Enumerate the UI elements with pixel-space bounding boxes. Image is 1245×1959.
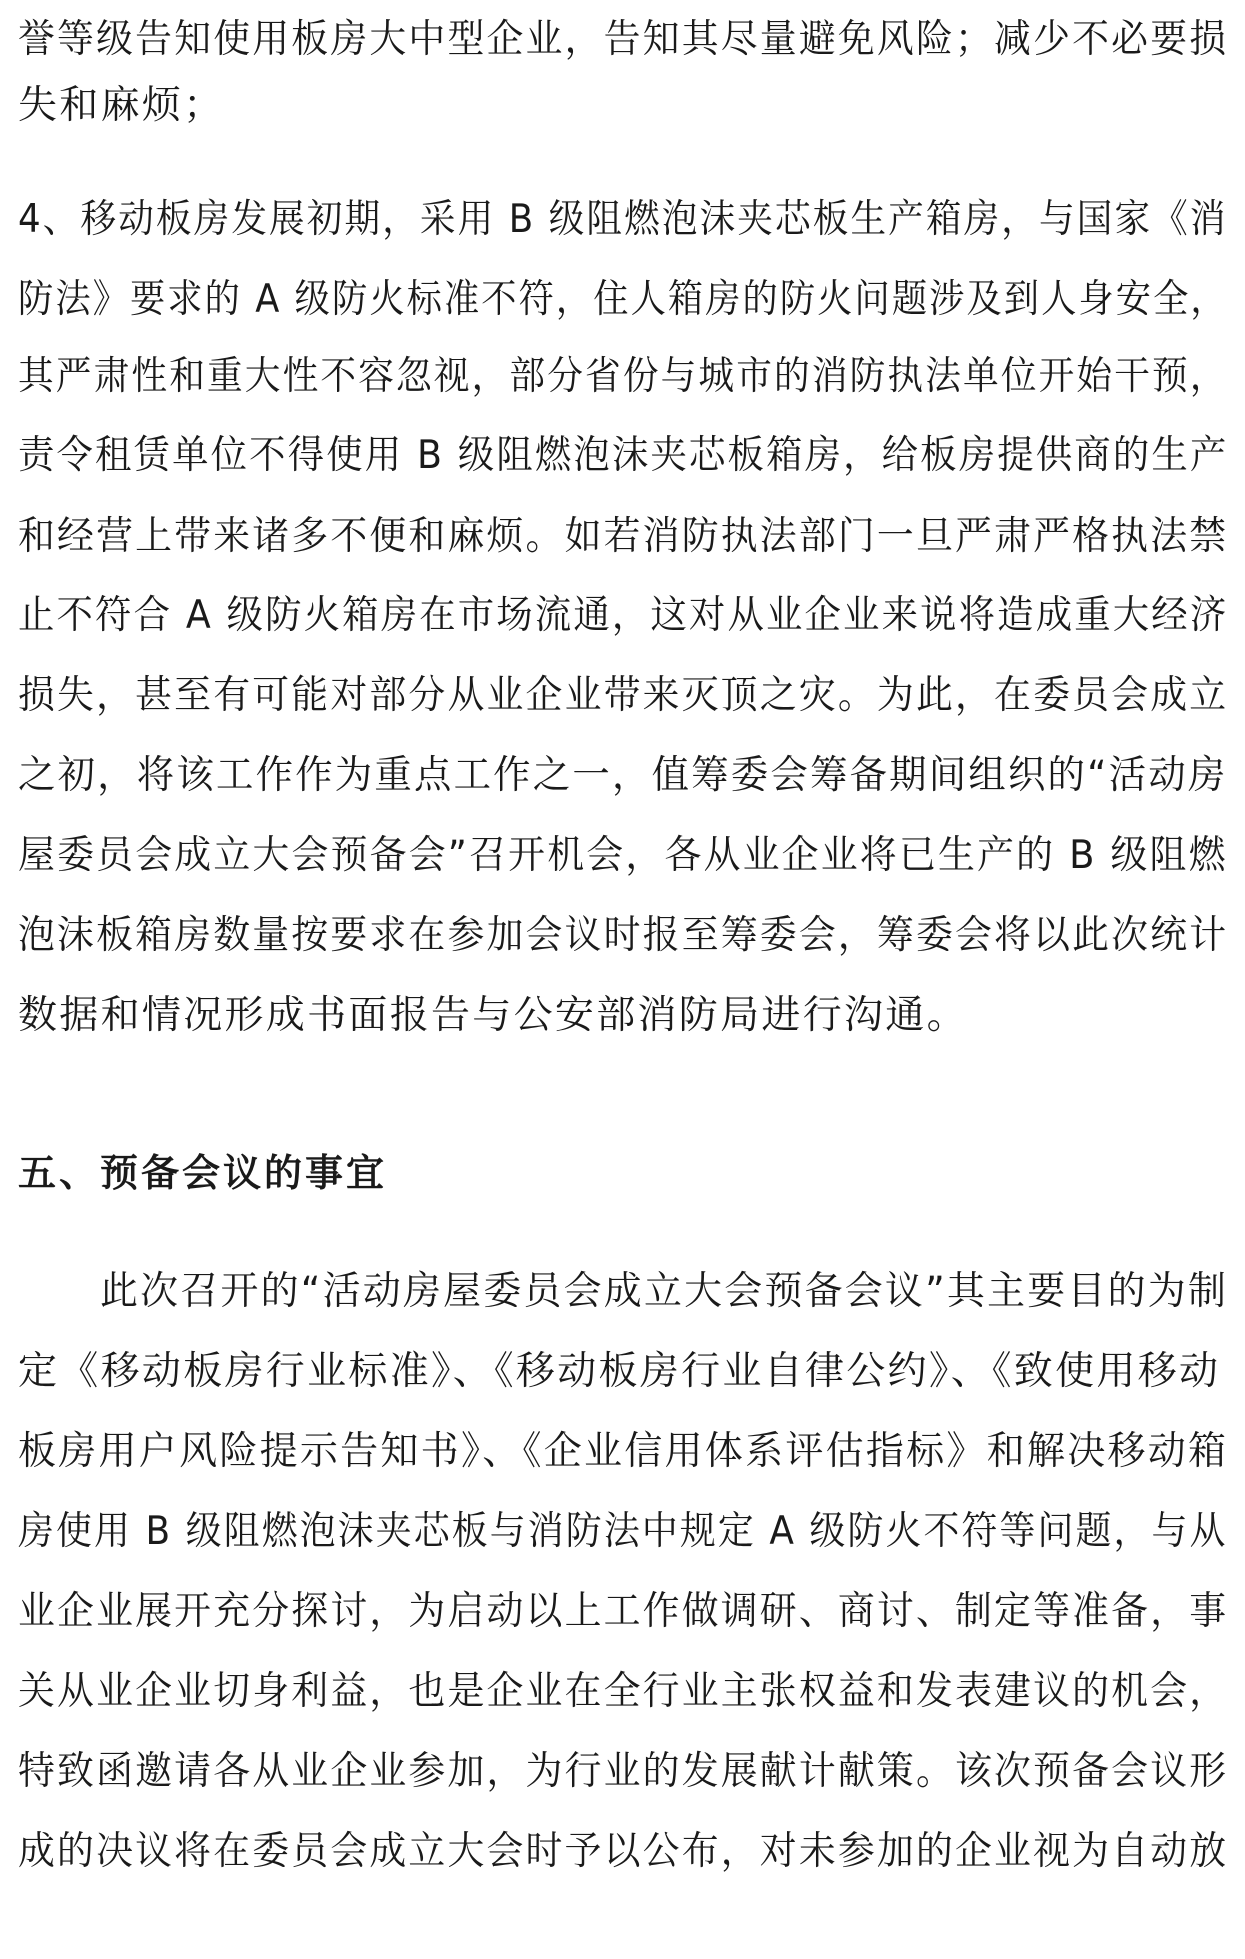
paragraph-line: 屋委员会成立大会预备会”召开机会，各从业企业将已生产的 B 级阻燃 xyxy=(18,826,1163,886)
section-heading: 五、预备会议的事宜 xyxy=(18,1143,1228,1203)
paragraph-line: 泡沫板箱房数量按要求在参加会议时报至筹委会，筹委会将以此次统计 xyxy=(18,906,1162,966)
paragraph-line: 失和麻烦； xyxy=(18,76,1228,136)
paragraph-line: 板房用户风险提示告知书》、《企业信用体系评估指标》和解决移动箱 xyxy=(18,1422,1198,1482)
paragraph-line: 责令租赁单位不得使用 B 级阻燃泡沫夹芯板箱房，给板房提供商的生产 xyxy=(18,426,1147,486)
paragraph-line: 止不符合 A 级防火箱房在市场流通，这对从业企业来说将造成重大经济 xyxy=(18,586,1147,646)
paragraph-line: 誉等级告知使用板房大中型企业，告知其尽量避免风险；减少不必要损 xyxy=(18,10,1162,70)
paragraph-line: 4、移动板房发展初期，采用 B 级阻燃泡沫夹芯板生产箱房，与国家《消 xyxy=(18,190,1123,250)
document-page: 誉等级告知使用板房大中型企业，告知其尽量避免风险；减少不必要损 失和麻烦； 4、… xyxy=(0,0,1245,1959)
paragraph-line: 和经营上带来诸多不便和麻烦。如若消防执法部门一旦严肃严格执法禁 xyxy=(18,507,1162,567)
paragraph-line: 定《移动板房行业标准》、《移动板房行业自律公约》、《致使用移动 xyxy=(18,1342,1228,1402)
paragraph-line: 防法》要求的 A 级防火标准不符，住人箱房的防火问题涉及到人身安全， xyxy=(18,270,1111,330)
paragraph-line: 损失，甚至有可能对部分从业企业带来灭顶之灾。为此，在委员会成立 xyxy=(18,666,1162,726)
paragraph-line: 其严肃性和重大性不容忽视，部分省份与城市的消防执法单位开始干预， xyxy=(18,347,1125,407)
paragraph-line: 数据和情况形成书面报告与公安部消防局进行沟通。 xyxy=(18,986,1228,1046)
paragraph-line: 成的决议将在委员会成立大会时予以公布，对未参加的企业视为自动放 xyxy=(18,1822,1162,1882)
paragraph-line: 房使用 B 级阻燃泡沫夹芯板与消防法中规定 A 级防火不符等问题，与从 xyxy=(18,1502,1131,1562)
paragraph-line: 特致函邀请各从业企业参加，为行业的发展献计献策。该次预备会议形 xyxy=(18,1742,1162,1802)
paragraph-line: 此次召开的“活动房屋委员会成立大会预备会议”其主要目的为制 xyxy=(100,1262,1197,1322)
paragraph-line: 之初，将该工作作为重点工作之一，值筹委会筹备期间组织的“活动房 xyxy=(18,746,1178,806)
paragraph-line: 业企业展开充分探讨，为启动以上工作做调研、商讨、制定等准备，事 xyxy=(18,1582,1162,1642)
paragraph-line: 关从业企业切身利益，也是企业在全行业主张权益和发表建议的机会， xyxy=(18,1662,1162,1722)
